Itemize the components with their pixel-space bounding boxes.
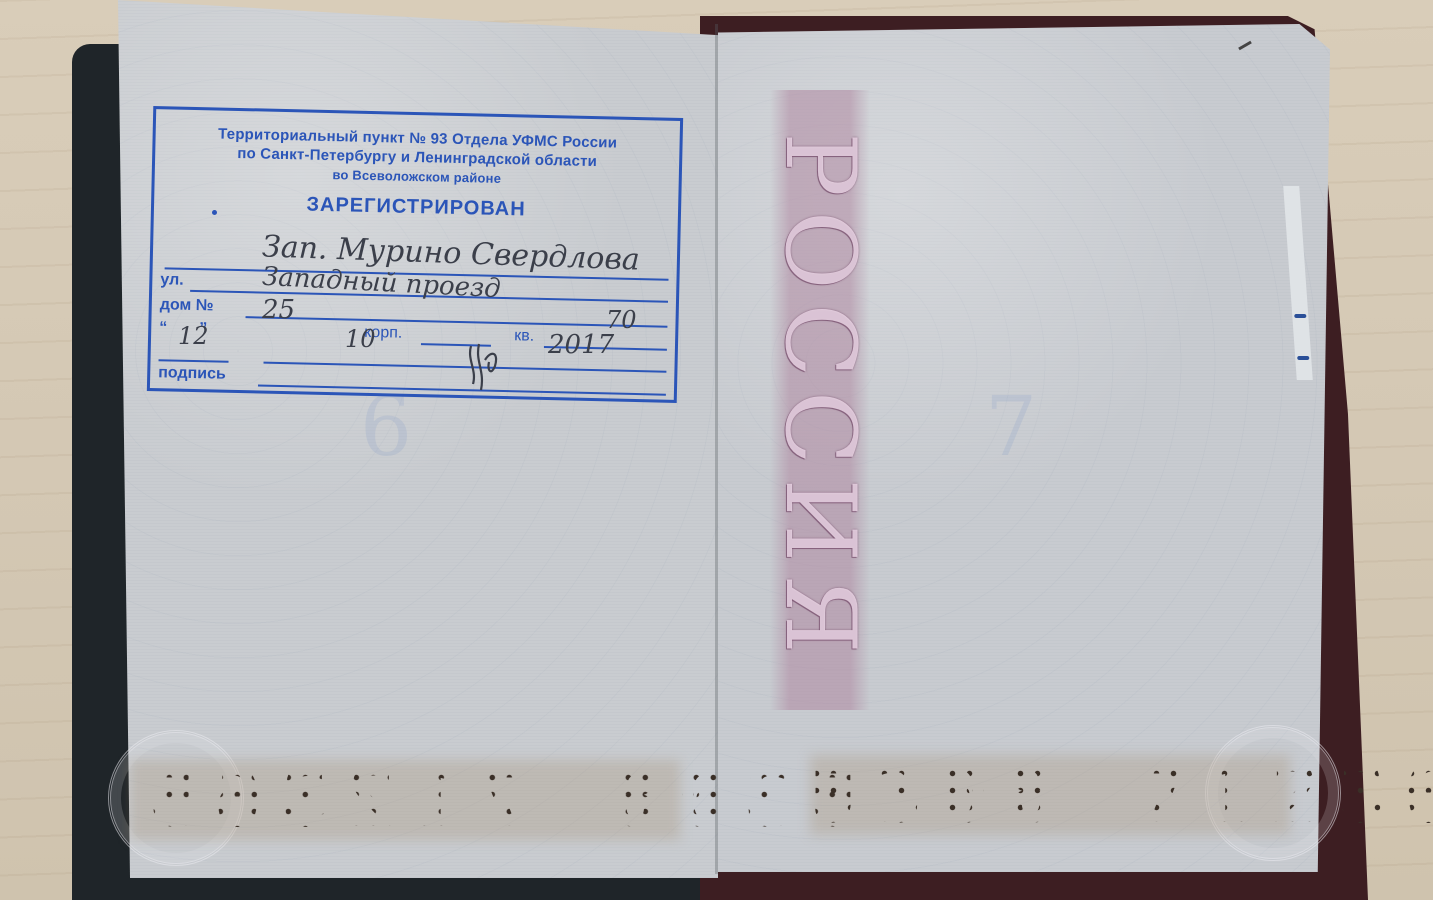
ink-dot (212, 210, 217, 215)
passport-spine (715, 24, 718, 874)
handwritten-year: 2017 (548, 330, 614, 360)
page-number-watermark-right: 7 (985, 380, 1037, 475)
date-quote-open: “ (159, 319, 167, 337)
perforated-number-left-mirrored: 5308 712365 (130, 752, 858, 845)
stamp-header: Территориальный пункт № 93 Отдела УФМС Р… (155, 123, 680, 192)
handwritten-house: 25 (262, 295, 295, 325)
handwritten-month: 10 (345, 325, 376, 353)
security-band-text: РОССИЯ (764, 132, 876, 667)
street-label: ул. (160, 271, 184, 290)
handwritten-day: 12 (178, 322, 209, 350)
perforated-number-right: 5308 712365 (808, 748, 1433, 841)
stamp-title: ЗАРЕГИСТРИРОВАН (154, 190, 678, 225)
handwritten-signature (465, 340, 505, 400)
apartment-label: кв. (514, 327, 534, 345)
house-label: дом № (160, 296, 214, 315)
security-band-rossiya: РОССИЯ (770, 90, 870, 710)
signature-label: подпись (158, 364, 226, 384)
